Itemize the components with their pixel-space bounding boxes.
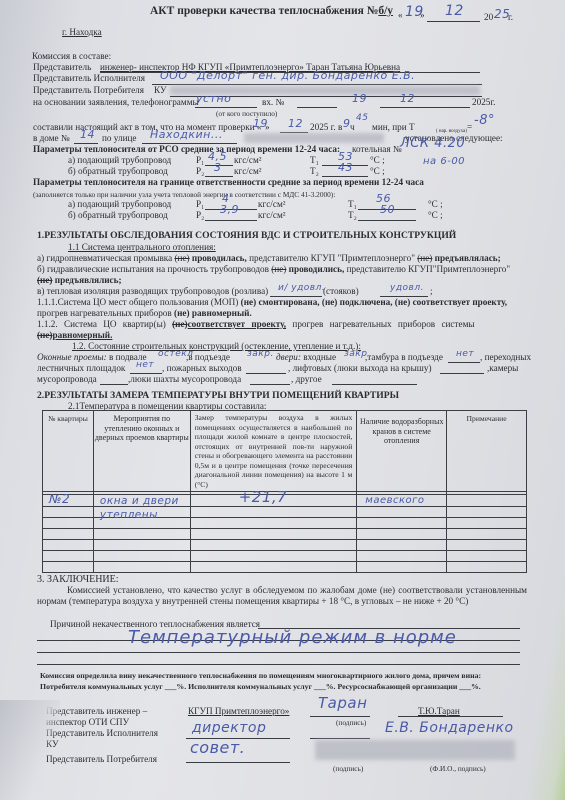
col-header-taps: Наличие водоразборных кранов в системе о… <box>357 411 447 492</box>
date-year-unit: г. <box>508 12 513 23</box>
quote-mark: « <box>398 10 403 21</box>
boundary-t2-unit: °С ; <box>428 210 443 221</box>
rso-p1-unit: кгс/см² <box>234 155 262 166</box>
paper-fold-shadow <box>0 700 60 800</box>
sign-rep1-label: Представитель инженер – инспектор ОТИ СП… <box>46 706 147 728</box>
garbage-line <box>100 384 128 385</box>
section1-heading: 1.РЕЗУЛЬТАТЫ ОБСЛЕДОВАНИЯ СОСТОЯНИЯ ВДС … <box>37 230 456 241</box>
p112-text: 1.1.2. Система ЦО квартир(ы) <box>37 319 166 329</box>
b-ne2: (не) <box>37 275 53 285</box>
city: г. Находка <box>62 27 102 38</box>
sign-rep3-org-line <box>186 762 290 763</box>
v-end: ; <box>430 286 433 297</box>
rso-return-label: б) обратный трубопровод <box>68 166 168 177</box>
boundary-p1-label: P₁ <box>196 199 204 210</box>
outside-temperature: -8° <box>474 115 495 127</box>
a-ne2: (не) <box>417 253 432 263</box>
sign-rep3-name-hint: (Ф.И.О., подпись) <box>430 763 486 774</box>
boundary-p2-unit: кгс/см² <box>258 210 286 221</box>
inspection-year: 2025 г. в <box>310 122 342 133</box>
table-row: №2 окна и двери утеплены +21,7 маевского <box>43 495 527 507</box>
rso-heading: Параметры теплоносителя от РСО средние з… <box>33 144 340 155</box>
section3-heading: 3. ЗАКЛЮЧЕНИЕ: <box>37 574 119 585</box>
rep-label: Представитель <box>33 62 91 73</box>
temp-value: +21,7 <box>239 491 287 503</box>
v-mid: (стояков) <box>323 286 359 297</box>
table-row <box>43 562 527 573</box>
boundary-heading: Параметры теплоносителя на границе ответ… <box>33 177 424 188</box>
lift-label: , лифтовых (люки выхода на крышу) <box>288 363 432 374</box>
title-text: АКТ проверки качества теплоснабжения <box>150 5 364 17</box>
boundary-t2-label: T₂ <box>348 210 357 221</box>
section1-sub12: 1.2. Состояние строительных конструкций … <box>72 341 361 352</box>
rso-p2-unit: кгс/см² <box>234 166 262 177</box>
rso-t1-label: T₁ <box>310 155 319 166</box>
boundary-t1-label: T₁ <box>348 199 357 210</box>
executor-label: Представитель Исполнителя <box>33 73 145 84</box>
house-number: 14 <box>80 129 95 141</box>
a-rest: представителю КГУП "Примтеплоэнерго" <box>249 253 415 263</box>
transit-label: , переходных <box>480 352 531 363</box>
section1-line-b: б) гидравлические испытания на прочность… <box>37 264 510 275</box>
v-value1: и/ удовл. <box>278 282 325 294</box>
section2-heading: 2.РЕЗУЛЬТАТЫ ЗАМЕРА ТЕМПЕРАТУРЫ ВНУТРИ П… <box>37 390 399 401</box>
boundary-t2-line <box>358 220 416 221</box>
apt-value: №2 <box>49 493 70 505</box>
b-mid: проводились, <box>289 264 345 274</box>
boundary-t1-unit: °С ; <box>428 199 443 210</box>
equals-sign: = <box>467 122 472 133</box>
cell-measures: окна и двери утеплены <box>93 495 190 507</box>
basis-year: 2025г. <box>472 97 495 108</box>
p112-ne2: (не) <box>37 330 53 340</box>
vestibule-line <box>448 362 480 363</box>
consumer-label: Представитель Потребителя <box>33 85 144 96</box>
redacted-signature <box>315 740 515 760</box>
garbage-label: мусоропровода <box>37 374 97 385</box>
section1-line-a: а) гидропневматическая промывка (не) про… <box>37 253 501 264</box>
p112-d: равномерный. <box>53 330 113 340</box>
b-rest: представителю КГУП"Примтеплоэнерго" <box>347 264 511 274</box>
in-no-line <box>297 107 337 108</box>
house-label: в доме № <box>33 133 70 144</box>
other-label: , другое <box>291 374 322 385</box>
number-label: № <box>367 5 379 17</box>
section1-line-b2: (не) предъявлялись; <box>37 275 122 286</box>
inspection-minutes-unit: мин, при Т <box>372 122 415 133</box>
doors-entry-label: входные <box>303 352 336 362</box>
boundary-p2-line <box>205 220 257 221</box>
rso-t2-label: T₂ <box>310 166 319 177</box>
section3-text: Комиссией установлено, что качество услу… <box>37 585 527 607</box>
sign-rep3-org: совет. <box>190 742 245 754</box>
sign-rep3-hint: (подпись) <box>333 763 363 774</box>
p111-c: прогрев нагревательных приборов <box>37 308 172 318</box>
p112-c: прогрев нагревательных приборов системы <box>292 319 474 329</box>
blame-text-1: Комиссия определила вину некачественного… <box>40 670 481 681</box>
col-header-temp: Замер температуры воздуха в жилых помеще… <box>190 411 357 492</box>
date-month: 12 <box>445 5 464 17</box>
executor-line <box>152 84 482 85</box>
col-header-measures: Мероприятия по утеплению оконных и дверн… <box>93 411 190 492</box>
inspection-minutes: 45 <box>356 112 368 124</box>
windows-line: Оконные проемы: в подвале <box>37 352 147 363</box>
b-end: предъявлялись; <box>55 275 122 285</box>
rso-p2-label: P₂ <box>196 166 204 177</box>
p111-b: (не) смонтирована, (не) подключена, (не)… <box>241 297 507 307</box>
p112-ne: (не) <box>172 319 188 329</box>
executor-value: ООО "Делорт" ген. дир. Бондаренко Е.В. <box>160 70 415 82</box>
basis-source: устно <box>196 93 231 105</box>
street-label: по улице <box>102 133 137 144</box>
sign-rep2-label: Представитель Исполнителя КУ <box>46 728 158 750</box>
p112-line: 1.1.2. Система ЦО квартир(ы) (не)соответ… <box>37 319 475 330</box>
inspection-quote: » <box>265 122 270 133</box>
rso-p2-value: 3 <box>214 162 222 174</box>
basis-month: 12 <box>400 93 415 105</box>
basis-year-value: 2025 <box>472 97 490 107</box>
p111-text: 1.1.1.Система ЦО мест общего пользования… <box>37 297 238 307</box>
boundary-t2-value: 50 <box>380 204 395 216</box>
other-line <box>332 384 417 385</box>
p111-line2: прогрев нагревательных приборов (не) рав… <box>37 308 252 319</box>
inspection-month: 12 <box>288 118 303 130</box>
col-header-note: Примечание <box>447 411 527 492</box>
cell-taps: маевского <box>357 495 447 507</box>
cause-line-3 <box>37 652 520 653</box>
sign-rep1-org: КГУП Примтеплоэнерго» <box>188 706 289 717</box>
chambers-label: ,камеры <box>487 363 518 374</box>
cause-value: Температурный режим в норме <box>128 632 457 644</box>
a-ne1: (не) <box>174 253 189 263</box>
p111-d: (не) равномерный. <box>174 308 252 318</box>
redacted-street <box>244 133 384 143</box>
p111-line: 1.1.1.Система ЦО мест общего пользования… <box>37 297 507 308</box>
table-row <box>43 540 527 551</box>
blame-text-2: Потребителя коммунальных услуг ___%. Исп… <box>40 681 481 692</box>
in-no-label: вх. № <box>262 97 284 108</box>
temperature-table: № квартиры Мероприятия по утеплению окон… <box>42 410 527 573</box>
date-month-line <box>427 21 480 22</box>
basis-source-hint: (от кого поступило) <box>216 108 277 119</box>
fire-exits-label: , пожарных выходов <box>162 363 242 374</box>
basis-year-unit: г. <box>490 97 495 107</box>
lift-line <box>440 373 484 374</box>
rso-supply-label: а) подающий трубопровод <box>68 155 171 166</box>
landings-value: нет <box>136 359 154 371</box>
sign-rep3-label: Представитель Потребителя <box>46 754 157 765</box>
b-pre: б) гидравлические испытания на прочность… <box>37 264 269 274</box>
col-header-apt: № квартиры <box>43 411 94 492</box>
doors-entry-value: закр <box>344 348 367 360</box>
basis-month-line <box>380 107 470 108</box>
taps-value: маевского <box>365 495 424 507</box>
basis-day: 19 <box>352 93 367 105</box>
windows-label: Оконные проемы: <box>37 352 107 362</box>
vestibule-label: ,тамбура в подъезде <box>365 352 443 363</box>
sign-rep1-name-line <box>398 716 503 717</box>
fire-exits-line <box>246 373 286 374</box>
a-pre: а) гидропневматическая промывка <box>37 253 172 263</box>
sign-rep2-org: директор <box>192 722 266 734</box>
section1-sub11: 1.1 Система центрального отопления: <box>68 242 216 253</box>
landings-label: лестничных площадок <box>37 363 125 374</box>
basis-label: на основании заявления, телефонограммы <box>33 97 199 108</box>
boundary-supply-label: а) подающий трубопровод <box>68 199 171 210</box>
boiler-label: котельная № <box>352 144 402 155</box>
street-value: Находкин... <box>150 129 223 141</box>
document-page: АКТ проверки качества теплоснабжения №б/… <box>0 0 565 800</box>
boundary-p1-unit: кгс/см² <box>258 199 286 210</box>
table-header-row: № квартиры Мероприятия по утеплению окон… <box>43 411 527 492</box>
vestibule-value: нет <box>456 348 474 360</box>
document-title: АКТ проверки качества теплоснабжения №б/… <box>150 6 393 17</box>
consumer-value: КУ <box>154 85 166 96</box>
boundary-return-label: б) обратный трубопровод <box>68 210 168 221</box>
inspection-hour-unit: ч <box>350 122 355 133</box>
document-number: б/у <box>378 5 393 17</box>
shaft-label: ,люки шахты мусоропровода <box>128 374 241 385</box>
table-row <box>43 551 527 562</box>
entrance-label: ,в подъезде <box>186 352 230 363</box>
v-value2: удовл. <box>390 282 424 294</box>
rso-t1-unit: °С ; <box>370 155 385 166</box>
cell-apt: №2 <box>43 495 94 507</box>
p112-b: соответствует проекту, <box>188 319 287 329</box>
shaft-line <box>250 384 290 385</box>
boiler-note: на 6-00 <box>423 156 465 168</box>
a-end: предъявлялась; <box>435 253 501 263</box>
boundary-p2-label: P₂ <box>196 210 204 221</box>
boiler-value: ЛСК 4.20 <box>400 138 465 150</box>
entrance-value: закр. <box>247 348 274 360</box>
rso-p1-label: P₁ <box>196 155 204 166</box>
table-row <box>43 529 527 540</box>
date-year-prefix: 20 <box>484 12 493 23</box>
sign-rep1-signature: Таран <box>318 697 367 709</box>
cell-temp: +21,7 <box>190 495 357 507</box>
boundary-p2-value: 3,9 <box>220 204 239 216</box>
cause-line-4 <box>37 664 520 665</box>
measures-value: окна и двери утеплены <box>100 494 180 522</box>
sign-rep1-hint: (подпись) <box>336 717 366 728</box>
rso-t2-value: 43 <box>338 162 353 174</box>
doors-line: двери: входные <box>276 352 336 363</box>
quote-mark-close: » <box>420 10 425 21</box>
commission-label: Комиссия в составе: <box>32 51 111 62</box>
v-pre: в) тепловая изоляция разводящих трубопро… <box>37 286 268 297</box>
b-ne1: (не) <box>271 264 286 274</box>
cell-note <box>447 495 527 507</box>
sign-rep2-name: Е.В. Бондаренко <box>385 722 514 734</box>
sign-rep2-line <box>310 738 370 739</box>
doors-label: двери: <box>276 352 301 362</box>
inspection-text: составили настоящий акт в том, что на мо… <box>33 122 262 133</box>
rso-t2-unit: °С ; <box>370 166 385 177</box>
a-mid: проводилась, <box>192 253 247 263</box>
p112-line2: (не)равномерный. <box>37 330 112 341</box>
